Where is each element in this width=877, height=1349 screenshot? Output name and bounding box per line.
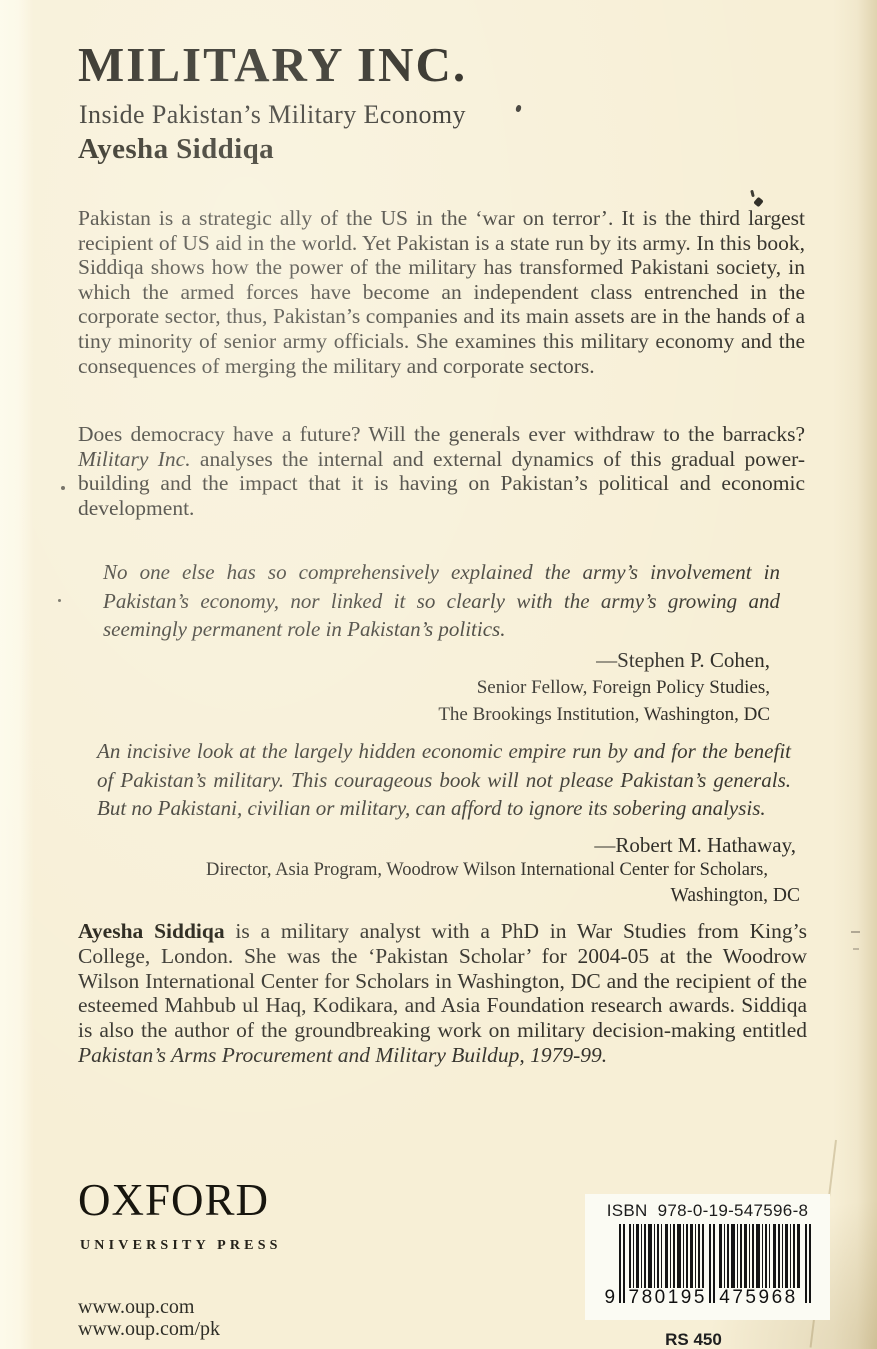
paper-speck [853,948,859,950]
attribution-org: The Brookings Institution, Washington, D… [300,701,770,728]
publisher-websites: www.oup.com www.oup.com/pk [78,1296,220,1340]
review-attribution-hathaway: —Robert M. Hathaway, Director, Asia Prog… [200,832,800,908]
paper-speck [851,931,860,933]
paper-speck [58,599,61,602]
paper-speck [750,190,755,198]
barcode-guard [713,1288,715,1303]
barcode-guard [809,1288,811,1303]
attribution-role: Senior Fellow, Foreign Policy Studies, [300,674,770,701]
review-quote-hathaway: An incisive look at the largely hidden e… [97,737,791,823]
publisher-logo-subtitle: UNIVERSITY PRESS [80,1238,282,1254]
barcode-digits-right: 475968 [717,1287,801,1309]
author-bio-name: Ayesha Siddiqa [78,919,225,943]
barcode-bars [605,1224,811,1288]
book-back-cover: { "book": { "title": "MILITARY INC.", "s… [0,0,877,1349]
page-left-edge [0,0,34,1349]
barcode-guard [709,1288,711,1303]
barcode-digits-left: 780195 [629,1287,705,1309]
barcode-guard [619,1288,621,1303]
barcode-digit-lead: 9 [605,1287,616,1309]
book-title-italic-mention: Military Inc. [78,447,191,471]
barcode-guard [623,1288,625,1303]
attribution-name: —Stephen P. Cohen, [300,646,770,674]
isbn-barcode-block: ISBN 978-0-19-547596-8 [585,1194,830,1320]
book-author: Ayesha Siddiqa [78,134,274,166]
barcode: 9 780195 475968 [605,1224,811,1310]
price-label: RS 450 [585,1330,830,1349]
synopsis-paragraph-2: Does democracy have a future? Will the g… [78,422,805,520]
publisher-website-main: www.oup.com [78,1296,220,1318]
author-bio: Ayesha Siddiqa is a military analyst wit… [78,919,807,1068]
synopsis-paragraph-2-lead: Does democracy have a future? Will the g… [78,422,805,446]
page-right-edge [833,0,877,1349]
paper-speck [515,104,522,112]
attribution-name: —Robert M. Hathaway, [200,832,800,858]
review-quote-cohen: No one else has so comprehensively expla… [103,558,780,644]
isbn-number: ISBN 978-0-19-547596-8 [585,1201,830,1221]
book-subtitle: Inside Pakistan’s Military Economy [79,101,466,130]
publisher-logo: OXFORD [78,1178,269,1223]
synopsis-paragraph-1: Pakistan is a strategic ally of the US i… [78,206,805,378]
attribution-org: Washington, DC [200,883,800,908]
author-bio-previous-work: Pakistan’s Arms Procurement and Military… [78,1043,607,1067]
publisher-website-pk: www.oup.com/pk [78,1318,220,1340]
barcode-guard [805,1288,807,1303]
review-attribution-cohen: —Stephen P. Cohen, Senior Fellow, Foreig… [300,646,770,728]
book-title: MILITARY INC. [78,40,467,89]
attribution-role: Director, Asia Program, Woodrow Wilson I… [200,858,800,883]
paper-speck [61,486,65,490]
